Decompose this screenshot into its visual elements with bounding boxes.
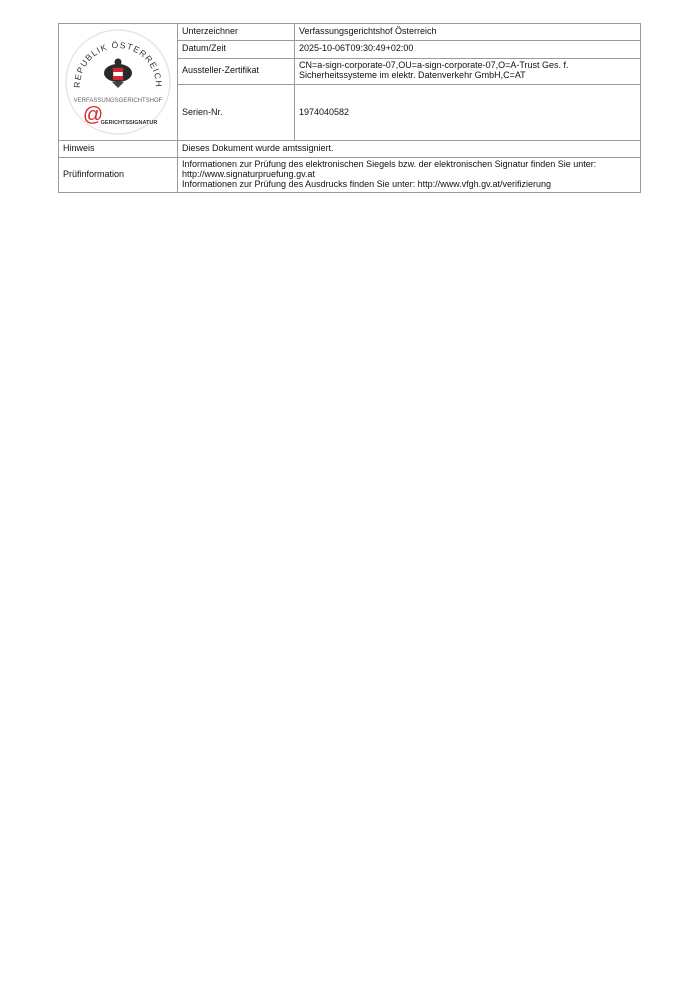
datetime-value: 2025-10-06T09:30:49+02:00 [295,41,641,58]
seal-emblem-icon: REPUBLIK ÖSTERREICH VERFASSUNGSGERICHTSH… [63,26,173,138]
svg-text:GERICHTSSIGNATUR: GERICHTSSIGNATUR [101,120,158,126]
official-seal: REPUBLIK ÖSTERREICH VERFASSUNGSGERICHTSH… [59,24,178,141]
verification-value: Informationen zur Prüfung des elektronis… [178,158,641,193]
signer-value: Verfassungsgerichtshof Österreich [295,24,641,41]
serial-number-label: Serien-Nr. [178,85,295,141]
signature-block-table: REPUBLIK ÖSTERREICH VERFASSUNGSGERICHTSH… [58,23,641,193]
issuer-certificate-value: CN=a-sign-corporate-07,OU=a-sign-corpora… [295,58,641,84]
verification-label: Prüfinformation [59,158,178,193]
note-label: Hinweis [59,141,178,158]
issuer-line-2: Sicherheitssysteme im elektr. Datenverke… [299,71,636,81]
verification-line-3: Informationen zur Prüfung des Ausdrucks … [182,180,636,190]
note-value: Dieses Dokument wurde amtssigniert. [178,141,641,158]
datetime-label: Datum/Zeit [178,41,295,58]
serial-number-value: 1974040582 [295,85,641,141]
issuer-certificate-label: Aussteller-Zertifikat [178,58,295,84]
signer-label: Unterzeichner [178,24,295,41]
